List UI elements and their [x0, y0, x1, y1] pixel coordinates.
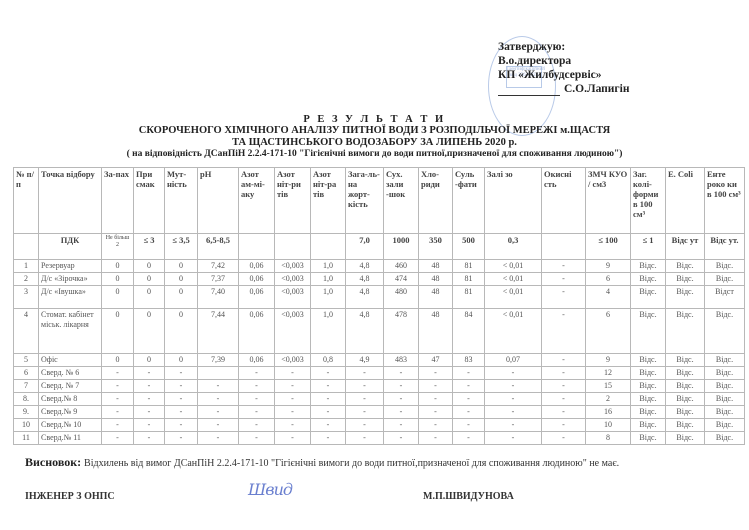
- approval-block: Затверджую: В.о.директора КП «Жилбудсерв…: [498, 40, 629, 96]
- table-cell: 6: [586, 309, 631, 354]
- table-cell: Енте роко ки в 100 см³: [705, 168, 745, 234]
- table-cell: Азот ніт-ра тів: [311, 168, 346, 234]
- table-cell: Відс.: [666, 380, 705, 393]
- table-cell: 6,5-8,5: [198, 234, 239, 260]
- table-cell: -: [198, 419, 239, 432]
- table-cell: <0,003: [275, 273, 311, 286]
- table-cell: -: [419, 393, 453, 406]
- table-cell: Сверд. № 6: [39, 367, 102, 380]
- table-cell: Сух. зали -шок: [384, 168, 419, 234]
- table-cell: -: [485, 432, 542, 445]
- table-cell: -: [275, 380, 311, 393]
- table-cell: Сверд.№ 10: [39, 419, 102, 432]
- table-cell: За-пах: [102, 168, 134, 234]
- table-cell: 12: [586, 367, 631, 380]
- table-cell: 1,0: [311, 286, 346, 309]
- doc-title: Р Е З У Л Ь Т А Т И: [0, 114, 749, 125]
- table-cell: Відс.: [666, 419, 705, 432]
- table-cell: -: [102, 380, 134, 393]
- table-cell: 6: [14, 367, 39, 380]
- table-cell: Відс.: [631, 432, 666, 445]
- table-header-row: № п/пТочка відборуЗа-пахПри смакМут-ніст…: [14, 168, 745, 234]
- table-cell: 0: [165, 354, 198, 367]
- table-cell: -: [542, 260, 586, 273]
- table-cell: -: [485, 367, 542, 380]
- table-cell: Сверд.№ 9: [39, 406, 102, 419]
- table-cell: Азот ам-мі-аку: [239, 168, 275, 234]
- engineer-position: ІНЖЕНЕР З ОНПС: [25, 491, 115, 502]
- table-cell: Відс.: [631, 273, 666, 286]
- table-cell: -: [346, 419, 384, 432]
- table-row: 4Стомат. кабінет міськ. лікарня0007,440,…: [14, 309, 745, 354]
- table-cell: -: [198, 380, 239, 393]
- table-cell: 0: [165, 260, 198, 273]
- table-cell: [275, 234, 311, 260]
- table-cell: -: [165, 367, 198, 380]
- table-cell: -: [384, 406, 419, 419]
- table-cell: 7,44: [198, 309, 239, 354]
- table-cell: -: [311, 380, 346, 393]
- conclusion-label: Висновок:: [25, 455, 81, 469]
- table-cell: -: [384, 432, 419, 445]
- table-cell: 0: [134, 309, 165, 354]
- table-cell: 1: [14, 260, 39, 273]
- approval-line: Затверджую:: [498, 40, 629, 54]
- table-cell: 4: [14, 309, 39, 354]
- table-cell: 460: [384, 260, 419, 273]
- table-cell: 500: [453, 234, 485, 260]
- table-cell: -: [346, 367, 384, 380]
- table-cell: Д/с «Зірочка»: [39, 273, 102, 286]
- table-cell: < 0,01: [485, 286, 542, 309]
- table-cell: -: [542, 354, 586, 367]
- pdk-limits-row: ПДКНе більш 2≤ 3≤ 3,56,5-8,57,0100035050…: [14, 234, 745, 260]
- table-cell: Відс ут: [666, 234, 705, 260]
- table-cell: 0,06: [239, 286, 275, 309]
- table-cell: Відс.: [631, 354, 666, 367]
- table-cell: Сверд.№ 11: [39, 432, 102, 445]
- table-row: 8.Сверд.№ 8-------------2Відс.Відс.Відс.: [14, 393, 745, 406]
- table-cell: -: [346, 432, 384, 445]
- table-cell: -: [134, 367, 165, 380]
- table-cell: Відс.: [631, 393, 666, 406]
- table-cell: -: [134, 380, 165, 393]
- table-cell: 0: [102, 354, 134, 367]
- table-cell: ≤ 3: [134, 234, 165, 260]
- table-cell: 10: [586, 419, 631, 432]
- table-cell: 4,9: [346, 354, 384, 367]
- table-cell: 0: [134, 260, 165, 273]
- table-cell: -: [198, 432, 239, 445]
- table-cell: -: [134, 432, 165, 445]
- table-cell: -: [165, 406, 198, 419]
- table-cell: [14, 234, 39, 260]
- table-cell: -: [198, 393, 239, 406]
- table-cell: Азот ніт-ри тів: [275, 168, 311, 234]
- table-cell: Хло-риди: [419, 168, 453, 234]
- table-row: 5Офіс0007,390,06<0,0030,84,948347830,07-…: [14, 354, 745, 367]
- table-cell: При смак: [134, 168, 165, 234]
- table-cell: -: [453, 432, 485, 445]
- table-cell: -: [384, 380, 419, 393]
- table-cell: -: [542, 393, 586, 406]
- table-cell: -: [275, 406, 311, 419]
- table-cell: 81: [453, 260, 485, 273]
- table-cell: 0,06: [239, 273, 275, 286]
- table-cell: <0,003: [275, 354, 311, 367]
- table-cell: 5: [14, 354, 39, 367]
- table-cell: 0: [165, 273, 198, 286]
- table-cell: 7,42: [198, 260, 239, 273]
- table-cell: -: [311, 419, 346, 432]
- table-cell: -: [275, 432, 311, 445]
- table-cell: -: [419, 406, 453, 419]
- table-cell: -: [384, 367, 419, 380]
- table-cell: Відс ут.: [705, 234, 745, 260]
- table-cell: [542, 234, 586, 260]
- table-cell: Відс.: [705, 260, 745, 273]
- table-cell: -: [102, 393, 134, 406]
- table-cell: 48: [419, 286, 453, 309]
- table-cell: -: [453, 406, 485, 419]
- table-cell: <0,003: [275, 260, 311, 273]
- table-cell: 2: [586, 393, 631, 406]
- table-cell: Відс.: [705, 432, 745, 445]
- table-cell: -: [311, 406, 346, 419]
- table-cell: -: [102, 432, 134, 445]
- table-cell: -: [346, 406, 384, 419]
- signature-line: [498, 95, 560, 96]
- table-cell: -: [102, 367, 134, 380]
- table-cell: 7,40: [198, 286, 239, 309]
- table-cell: ≤ 1: [631, 234, 666, 260]
- table-cell: -: [239, 406, 275, 419]
- table-cell: -: [346, 380, 384, 393]
- table-cell: -: [165, 432, 198, 445]
- table-cell: ≤ 3,5: [165, 234, 198, 260]
- table-cell: -: [542, 309, 586, 354]
- approval-line: В.о.директора: [498, 54, 629, 68]
- table-cell: 48: [419, 273, 453, 286]
- doc-standard-note: ( на відповідність ДСанПіН 2.2.4-171-10 …: [0, 149, 749, 159]
- table-cell: < 0,01: [485, 260, 542, 273]
- table-cell: 350: [419, 234, 453, 260]
- table-cell: 1,0: [311, 309, 346, 354]
- table-cell: <0,003: [275, 286, 311, 309]
- table-cell: <0,003: [275, 309, 311, 354]
- table-cell: E. Coli: [666, 168, 705, 234]
- table-cell: 8: [586, 432, 631, 445]
- table-cell: 0: [134, 286, 165, 309]
- table-cell: -: [165, 380, 198, 393]
- table-cell: Відс.: [666, 309, 705, 354]
- table-cell: -: [542, 286, 586, 309]
- table-cell: Відс.: [666, 367, 705, 380]
- table-cell: 7,39: [198, 354, 239, 367]
- table-cell: Відс.: [666, 406, 705, 419]
- table-cell: Відс.: [666, 273, 705, 286]
- table-cell: -: [542, 380, 586, 393]
- table-cell: 0: [102, 286, 134, 309]
- table-cell: ≤ 100: [586, 234, 631, 260]
- table-cell: -: [275, 419, 311, 432]
- table-cell: № п/п: [14, 168, 39, 234]
- table-cell: Резервуар: [39, 260, 102, 273]
- table-cell: -: [239, 393, 275, 406]
- table-row: 3Д/с «Івушка»0007,400,06<0,0031,04,84804…: [14, 286, 745, 309]
- table-cell: 8.: [14, 393, 39, 406]
- table-cell: ЗМЧ КУО / см3: [586, 168, 631, 234]
- table-cell: -: [239, 367, 275, 380]
- table-cell: Відс.: [666, 286, 705, 309]
- table-cell: Відс.: [666, 393, 705, 406]
- table-cell: Відс.: [705, 406, 745, 419]
- table-cell: Відс.: [705, 309, 745, 354]
- table-cell: 0: [134, 273, 165, 286]
- table-cell: Відс.: [631, 367, 666, 380]
- table-cell: 483: [384, 354, 419, 367]
- table-cell: 0: [165, 309, 198, 354]
- table-cell: -: [311, 393, 346, 406]
- table-cell: 0,06: [239, 260, 275, 273]
- table-cell: -: [311, 367, 346, 380]
- engineer-name: М.П.ШВИДУНОВА: [423, 491, 514, 502]
- table-cell: 1,0: [311, 273, 346, 286]
- table-cell: 1000: [384, 234, 419, 260]
- table-cell: 9: [586, 260, 631, 273]
- table-cell: 1,0: [311, 260, 346, 273]
- table-cell: 0: [102, 260, 134, 273]
- table-cell: 2: [14, 273, 39, 286]
- table-cell: -: [485, 380, 542, 393]
- table-cell: 81: [453, 273, 485, 286]
- table-cell: 48: [419, 260, 453, 273]
- table-cell: 0,06: [239, 354, 275, 367]
- table-cell: 15: [586, 380, 631, 393]
- table-cell: -: [542, 432, 586, 445]
- conclusion-text: Відхилень від вимог ДСанПіН 2.2.4-171-10…: [84, 458, 619, 469]
- table-cell: Відс.: [631, 260, 666, 273]
- table-cell: Відс.: [705, 367, 745, 380]
- table-cell: 47: [419, 354, 453, 367]
- results-table: № п/пТочка відборуЗа-пахПри смакМут-ніст…: [13, 167, 745, 445]
- table-cell: Відс.: [705, 273, 745, 286]
- table-cell: Суль -фати: [453, 168, 485, 234]
- table-cell: Зага-ль-на жорт-кість: [346, 168, 384, 234]
- table-row: 2Д/с «Зірочка»0007,370,06<0,0031,04,8474…: [14, 273, 745, 286]
- table-cell: Офіс: [39, 354, 102, 367]
- table-cell: pH: [198, 168, 239, 234]
- table-row: 11Сверд.№ 11-------------8Відс.Відс.Відс…: [14, 432, 745, 445]
- table-cell: -: [134, 406, 165, 419]
- table-cell: Відст: [705, 286, 745, 309]
- table-cell: Відс.: [705, 354, 745, 367]
- table-cell: 11: [14, 432, 39, 445]
- table-cell: Окисні сть: [542, 168, 586, 234]
- table-cell: 16: [586, 406, 631, 419]
- table-cell: -: [542, 419, 586, 432]
- table-cell: Сверд.№ 8: [39, 393, 102, 406]
- table-cell: 9: [586, 354, 631, 367]
- table-cell: -: [384, 419, 419, 432]
- table-cell: -: [165, 393, 198, 406]
- table-cell: Не більш 2: [102, 234, 134, 260]
- doc-subtitle-1: СКОРОЧЕНОГО ХІМІЧНОГО АНАЛІЗУ ПИТНОЇ ВОД…: [0, 125, 749, 136]
- table-cell: 0: [102, 273, 134, 286]
- table-cell: ПДК: [39, 234, 102, 260]
- table-cell: 7,0: [346, 234, 384, 260]
- table-cell: Заг. колі-форми в 100 см³: [631, 168, 666, 234]
- table-cell: Д/с «Івушка»: [39, 286, 102, 309]
- table-cell: [198, 367, 239, 380]
- table-cell: Відс.: [631, 380, 666, 393]
- table-cell: -: [275, 367, 311, 380]
- table-cell: 81: [453, 286, 485, 309]
- table-cell: -: [453, 380, 485, 393]
- table-cell: -: [134, 393, 165, 406]
- table-cell: 48: [419, 309, 453, 354]
- table-cell: 478: [384, 309, 419, 354]
- table-cell: -: [239, 380, 275, 393]
- table-cell: Мут-ність: [165, 168, 198, 234]
- table-cell: -: [419, 419, 453, 432]
- table-row: 1Резервуар0007,420,06<0,0031,04,84604881…: [14, 260, 745, 273]
- doc-subtitle-2: ТА ЩАСТИНСЬКОГО ВОДОЗАБОРУ ЗА ЛИПЕНЬ 202…: [0, 137, 749, 148]
- table-cell: -: [453, 419, 485, 432]
- table-cell: -: [542, 367, 586, 380]
- table-cell: < 0,01: [485, 273, 542, 286]
- table-cell: -: [239, 419, 275, 432]
- table-cell: 3: [14, 286, 39, 309]
- table-cell: -: [485, 419, 542, 432]
- table-cell: Сверд. № 7: [39, 380, 102, 393]
- table-cell: Точка відбору: [39, 168, 102, 234]
- table-row: 10Сверд.№ 10-------------10Відс.Відс.Від…: [14, 419, 745, 432]
- table-cell: 0: [165, 286, 198, 309]
- table-cell: -: [102, 406, 134, 419]
- table-row: 6Сверд. № 6------------12Відс.Відс.Відс.: [14, 367, 745, 380]
- table-cell: -: [419, 432, 453, 445]
- table-cell: 4,8: [346, 309, 384, 354]
- approval-line: КП «Жилбудсервіс»: [498, 68, 629, 82]
- table-cell: 0,3: [485, 234, 542, 260]
- table-cell: Відс.: [666, 354, 705, 367]
- table-cell: Залі зо: [485, 168, 542, 234]
- table-cell: 0: [102, 309, 134, 354]
- table-cell: -: [275, 393, 311, 406]
- table-cell: 84: [453, 309, 485, 354]
- table-cell: 0,06: [239, 309, 275, 354]
- table-cell: Відс.: [666, 432, 705, 445]
- table-cell: -: [134, 419, 165, 432]
- table-cell: -: [542, 273, 586, 286]
- table-cell: 480: [384, 286, 419, 309]
- table-cell: [311, 234, 346, 260]
- table-cell: -: [419, 380, 453, 393]
- table-cell: 10: [14, 419, 39, 432]
- table-cell: [239, 234, 275, 260]
- table-cell: -: [311, 432, 346, 445]
- table-cell: 9.: [14, 406, 39, 419]
- table-cell: -: [198, 406, 239, 419]
- table-cell: Відс.: [705, 380, 745, 393]
- table-cell: -: [419, 367, 453, 380]
- table-row: 7Сверд. № 7-------------15Відс.Відс.Відс…: [14, 380, 745, 393]
- table-cell: < 0,01: [485, 309, 542, 354]
- table-cell: Відс.: [631, 406, 666, 419]
- conclusion: Висновок: Відхилень від вимог ДСанПіН 2.…: [25, 455, 619, 470]
- table-cell: 0,07: [485, 354, 542, 367]
- table-cell: Відс.: [631, 286, 666, 309]
- table-cell: 4: [586, 286, 631, 309]
- table-cell: 4,8: [346, 273, 384, 286]
- table-cell: -: [453, 393, 485, 406]
- table-cell: 7: [14, 380, 39, 393]
- table-cell: Відс.: [631, 309, 666, 354]
- table-cell: -: [542, 406, 586, 419]
- table-cell: 4,8: [346, 286, 384, 309]
- table-cell: 4,8: [346, 260, 384, 273]
- table-cell: -: [485, 406, 542, 419]
- table-cell: 7,37: [198, 273, 239, 286]
- table-cell: Стомат. кабінет міськ. лікарня: [39, 309, 102, 354]
- table-cell: -: [165, 419, 198, 432]
- table-cell: -: [346, 393, 384, 406]
- table-cell: -: [384, 393, 419, 406]
- table-cell: Відс.: [631, 419, 666, 432]
- table-cell: 474: [384, 273, 419, 286]
- approver-name: С.О.Лапигін: [564, 83, 629, 95]
- table-cell: Відс.: [666, 260, 705, 273]
- table-cell: 0,8: [311, 354, 346, 367]
- table-cell: 83: [453, 354, 485, 367]
- table-cell: -: [102, 419, 134, 432]
- table-cell: -: [239, 432, 275, 445]
- table-row: 9.Сверд.№ 9-------------16Відс.Відс.Відс…: [14, 406, 745, 419]
- table-cell: -: [485, 393, 542, 406]
- table-cell: 0: [134, 354, 165, 367]
- table-cell: -: [453, 367, 485, 380]
- engineer-signature: Швид: [248, 480, 292, 499]
- table-cell: Відс.: [705, 419, 745, 432]
- table-cell: 6: [586, 273, 631, 286]
- table-cell: Відс.: [705, 393, 745, 406]
